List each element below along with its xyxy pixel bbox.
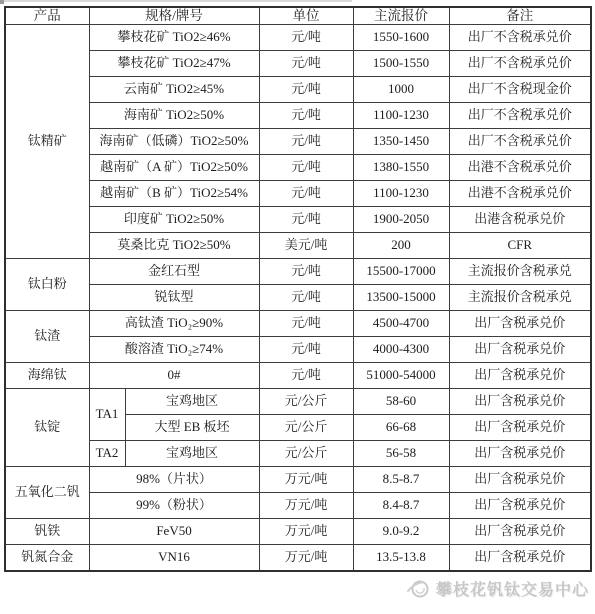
note-cell: 出厂含税承兑价 bbox=[449, 544, 591, 571]
unit-cell: 元/吨 bbox=[259, 24, 353, 50]
spec-cell: FeV50 bbox=[89, 518, 259, 544]
note-cell: 出厂含税承兑价 bbox=[449, 518, 591, 544]
unit-cell: 元/吨 bbox=[259, 336, 353, 362]
spec-cell: 0# bbox=[89, 362, 259, 388]
spec-cell: 印度矿 TiO2≥50% bbox=[89, 206, 259, 232]
price-cell: 15500-17000 bbox=[353, 258, 449, 284]
unit-cell: 万元/吨 bbox=[259, 544, 353, 571]
spec-cell: 99%（粉状） bbox=[89, 492, 259, 518]
grade-cell: TA1 bbox=[89, 388, 125, 440]
unit-cell: 元/公斤 bbox=[259, 414, 353, 440]
price-cell: 4500-4700 bbox=[353, 310, 449, 336]
unit-cell: 元/吨 bbox=[259, 128, 353, 154]
price-cell: 1350-1450 bbox=[353, 128, 449, 154]
note-cell: 出厂含税承兑价 bbox=[449, 414, 591, 440]
note-cell: 出港不含税承兑价 bbox=[449, 180, 591, 206]
watermark-text: 攀枝花钒钛交易中心 bbox=[436, 577, 589, 600]
price-cell: 13500-15000 bbox=[353, 284, 449, 310]
unit-cell: 元/吨 bbox=[259, 50, 353, 76]
unit-cell: 元/吨 bbox=[259, 154, 353, 180]
price-cell: 8.4-8.7 bbox=[353, 492, 449, 518]
column-header-spec: 规格/牌号 bbox=[89, 7, 259, 24]
spec-cell: 攀枝花矿 TiO2≥47% bbox=[89, 50, 259, 76]
price-row: 钛锭 TA1 宝鸡地区 元/公斤 58-60 出厂含税承兑价 bbox=[5, 388, 591, 414]
column-header-unit: 单位 bbox=[259, 7, 353, 24]
note-cell: 出厂含税承兑价 bbox=[449, 466, 591, 492]
price-row: 钛精矿 攀枝花矿 TiO2≥46% 元/吨 1550-1600 出厂不含税承兑价 bbox=[5, 24, 591, 50]
column-header-product: 产品 bbox=[5, 7, 89, 24]
spec-cell: 攀枝花矿 TiO2≥46% bbox=[89, 24, 259, 50]
price-row: 酸溶渣 TiO₂≥74% 元/吨 4000-4300 出厂含税承兑价 bbox=[5, 336, 591, 362]
spec-cell: 越南矿（A 矿）TiO2≥50% bbox=[89, 154, 259, 180]
price-cell: 200 bbox=[353, 232, 449, 258]
price-row: 越南矿（B 矿）TiO2≥54% 元/吨 1100-1230 出港不含税承兑价 bbox=[5, 180, 591, 206]
spec-cell: 金红石型 bbox=[89, 258, 259, 284]
unit-cell: 元/吨 bbox=[259, 102, 353, 128]
price-row: 锐钛型 元/吨 13500-15000 主流报价含税承兑 bbox=[5, 284, 591, 310]
spec-cell: 酸溶渣 TiO₂≥74% bbox=[89, 336, 259, 362]
price-row: 海南矿 TiO2≥50% 元/吨 1100-1230 出厂不含税承兑价 bbox=[5, 102, 591, 128]
price-cell: 4000-4300 bbox=[353, 336, 449, 362]
price-row: TA2 宝鸡地区 元/公斤 56-58 出厂含税承兑价 bbox=[5, 440, 591, 466]
spec-cell: 海南矿 TiO2≥50% bbox=[89, 102, 259, 128]
note-cell: 出厂不含税承兑价 bbox=[449, 50, 591, 76]
note-cell: 出厂不含税承兑价 bbox=[449, 24, 591, 50]
product-cell: 钒铁 bbox=[5, 518, 89, 544]
spec-cell: 海南矿（低磷）TiO2≥50% bbox=[89, 128, 259, 154]
unit-cell: 万元/吨 bbox=[259, 518, 353, 544]
price-row: 五氧化二钒 98%（片状） 万元/吨 8.5-8.7 出厂含税承兑价 bbox=[5, 466, 591, 492]
unit-cell: 元/公斤 bbox=[259, 440, 353, 466]
price-row: 印度矿 TiO2≥50% 元/吨 1900-2050 出港含税承兑价 bbox=[5, 206, 591, 232]
note-cell: 出厂含税承兑价 bbox=[449, 362, 591, 388]
price-table: 产品 规格/牌号 单位 主流报价 备注 钛精矿 攀枝花矿 TiO2≥46% 元/… bbox=[4, 6, 592, 572]
price-row: 越南矿（A 矿）TiO2≥50% 元/吨 1380-1550 出港不含税承兑价 bbox=[5, 154, 591, 180]
price-cell: 1100-1230 bbox=[353, 180, 449, 206]
price-row: 莫桑比克 TiO2≥50% 美元/吨 200 CFR bbox=[5, 232, 591, 258]
unit-cell: 元/吨 bbox=[259, 180, 353, 206]
price-row: 攀枝花矿 TiO2≥47% 元/吨 1500-1550 出厂不含税承兑价 bbox=[5, 50, 591, 76]
price-cell: 56-58 bbox=[353, 440, 449, 466]
note-cell: 主流报价含税承兑 bbox=[449, 258, 591, 284]
spec-cell: 宝鸡地区 bbox=[125, 388, 259, 414]
price-cell: 1380-1550 bbox=[353, 154, 449, 180]
price-cell: 58-60 bbox=[353, 388, 449, 414]
price-row: 钛白粉 金红石型 元/吨 15500-17000 主流报价含税承兑 bbox=[5, 258, 591, 284]
note-cell: 出厂含税承兑价 bbox=[449, 388, 591, 414]
unit-cell: 元/吨 bbox=[259, 206, 353, 232]
spec-cell: 越南矿（B 矿）TiO2≥54% bbox=[89, 180, 259, 206]
price-row: 钛渣 高钛渣 TiO₂≥90% 元/吨 4500-4700 出厂含税承兑价 bbox=[5, 310, 591, 336]
price-cell: 51000-54000 bbox=[353, 362, 449, 388]
price-cell: 9.0-9.2 bbox=[353, 518, 449, 544]
spec-cell: 98%（片状） bbox=[89, 466, 259, 492]
product-cell: 钛渣 bbox=[5, 310, 89, 362]
note-cell: 出港不含税承兑价 bbox=[449, 154, 591, 180]
product-cell: 五氧化二钒 bbox=[5, 466, 89, 518]
note-cell: 主流报价含税承兑 bbox=[449, 284, 591, 310]
unit-cell: 元/吨 bbox=[259, 362, 353, 388]
product-cell: 海绵钛 bbox=[5, 362, 89, 388]
corner-artifact bbox=[0, 0, 4, 4]
price-cell: 1100-1230 bbox=[353, 102, 449, 128]
price-cell: 1000 bbox=[353, 76, 449, 102]
grade-cell: TA2 bbox=[89, 440, 125, 466]
product-cell: 钛精矿 bbox=[5, 24, 89, 258]
unit-cell: 美元/吨 bbox=[259, 232, 353, 258]
product-cell: 钛白粉 bbox=[5, 258, 89, 310]
price-row: 钒氮合金 VN16 万元/吨 13.5-13.8 出厂含税承兑价 bbox=[5, 544, 591, 571]
spec-cell: 大型 EB 板坯 bbox=[125, 414, 259, 440]
spec-cell: 云南矿 TiO2≥45% bbox=[89, 76, 259, 102]
spec-cell: 莫桑比克 TiO2≥50% bbox=[89, 232, 259, 258]
unit-cell: 元/吨 bbox=[259, 258, 353, 284]
note-cell: 出厂含税承兑价 bbox=[449, 440, 591, 466]
unit-cell: 元/吨 bbox=[259, 310, 353, 336]
unit-cell: 元/吨 bbox=[259, 76, 353, 102]
page: 产品 规格/牌号 单位 主流报价 备注 钛精矿 攀枝花矿 TiO2≥46% 元/… bbox=[0, 0, 595, 614]
price-row: 99%（粉状） 万元/吨 8.4-8.7 出厂含税承兑价 bbox=[5, 492, 591, 518]
spec-cell: VN16 bbox=[89, 544, 259, 571]
price-cell: 1550-1600 bbox=[353, 24, 449, 50]
note-cell: 出港含税承兑价 bbox=[449, 206, 591, 232]
price-cell: 1500-1550 bbox=[353, 50, 449, 76]
spec-cell: 锐钛型 bbox=[89, 284, 259, 310]
price-row: 海绵钛 0# 元/吨 51000-54000 出厂含税承兑价 bbox=[5, 362, 591, 388]
note-cell: 出厂不含税承兑价 bbox=[449, 128, 591, 154]
unit-cell: 万元/吨 bbox=[259, 466, 353, 492]
note-cell: 出厂含税承兑价 bbox=[449, 336, 591, 362]
header-row: 产品 规格/牌号 单位 主流报价 备注 bbox=[5, 7, 591, 24]
unit-cell: 万元/吨 bbox=[259, 492, 353, 518]
note-cell: CFR bbox=[449, 232, 591, 258]
column-header-note: 备注 bbox=[449, 7, 591, 24]
product-cell: 钛锭 bbox=[5, 388, 89, 466]
exchange-logo-icon bbox=[407, 578, 431, 600]
spec-cell: 宝鸡地区 bbox=[125, 440, 259, 466]
price-cell: 66-68 bbox=[353, 414, 449, 440]
price-row: 海南矿（低磷）TiO2≥50% 元/吨 1350-1450 出厂不含税承兑价 bbox=[5, 128, 591, 154]
note-cell: 出厂含税承兑价 bbox=[449, 310, 591, 336]
price-row: 钒铁 FeV50 万元/吨 9.0-9.2 出厂含税承兑价 bbox=[5, 518, 591, 544]
price-row: 云南矿 TiO2≥45% 元/吨 1000 出厂不含税现金价 bbox=[5, 76, 591, 102]
crop-artifact-line bbox=[0, 0, 352, 2]
price-cell: 1900-2050 bbox=[353, 206, 449, 232]
column-header-price: 主流报价 bbox=[353, 7, 449, 24]
product-cell: 钒氮合金 bbox=[5, 544, 89, 571]
price-cell: 13.5-13.8 bbox=[353, 544, 449, 571]
note-cell: 出厂不含税承兑价 bbox=[449, 102, 591, 128]
note-cell: 出厂不含税现金价 bbox=[449, 76, 591, 102]
unit-cell: 元/公斤 bbox=[259, 388, 353, 414]
unit-cell: 元/吨 bbox=[259, 284, 353, 310]
watermark: 攀枝花钒钛交易中心 bbox=[407, 577, 589, 600]
spec-cell: 高钛渣 TiO₂≥90% bbox=[89, 310, 259, 336]
note-cell: 出厂含税承兑价 bbox=[449, 492, 591, 518]
price-cell: 8.5-8.7 bbox=[353, 466, 449, 492]
